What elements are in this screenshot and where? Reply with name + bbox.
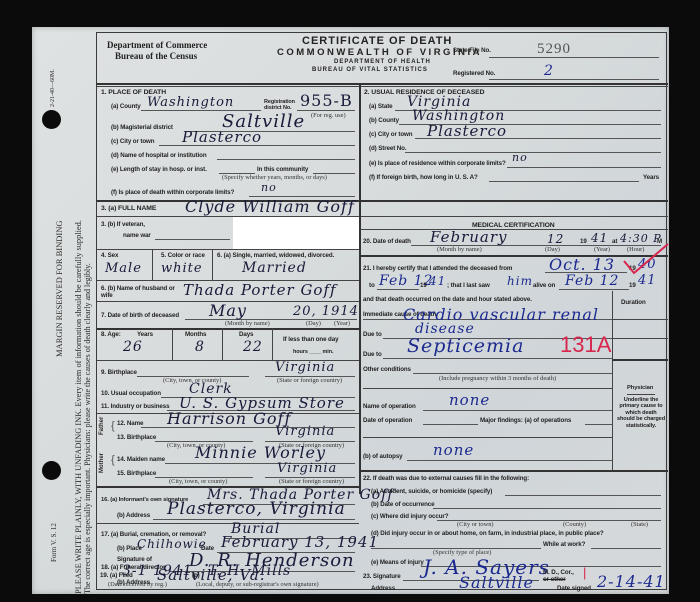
other-conditions-label: Other conditions (363, 366, 411, 373)
magisterial-label: (b) Magisterial district (111, 124, 173, 131)
date-of-death-label: 20. Date of death (363, 238, 411, 245)
accident-label: (a) Accident, suicide, or homicide (spec… (371, 488, 492, 495)
res-city-label: (c) City or town (369, 131, 412, 138)
sex-label: 4. Sex (101, 252, 118, 259)
mother-name-label: 14. Maiden name (117, 456, 165, 463)
sex: Male (105, 261, 142, 276)
occurrence-date-label: (b) Date of occurrence (371, 501, 434, 508)
death-occurred-text: and that death occurred on the date and … (363, 296, 532, 303)
burial-place: Chilhowie (137, 537, 207, 551)
stay-label: (e) Length of stay in hosp. or inst. (111, 166, 207, 173)
death-year: 41 (591, 231, 608, 245)
veteran-war-label: name war (123, 232, 151, 239)
physician-address-label: Address (371, 585, 395, 592)
operation-date-label: Date of operation (363, 417, 412, 424)
res-county-label: (b) County (369, 117, 399, 124)
autopsy-label: (b) of autopsy (363, 453, 403, 460)
stay-note: (Specify whether years, months, or days) (222, 174, 327, 181)
dept-health: DEPARTMENT OF HEALTH (334, 59, 431, 65)
age-days-label: Days (239, 331, 253, 338)
age-days: 22 (243, 339, 263, 355)
age-years-label: Years (137, 331, 153, 338)
filed-date: 3-1 1941 (122, 563, 193, 579)
mother-birthplace-label: 15. Birthplace (117, 470, 156, 477)
alive-on-year: 41 (638, 273, 657, 288)
race-label: 5. Color or race (161, 252, 205, 259)
father-name: Harrison Goff (167, 409, 291, 428)
age-years: 26 (123, 339, 143, 355)
certificate-form: Department of Commerce Bureau of the Cen… (96, 32, 667, 590)
alive-on-date: Feb 12 (565, 273, 619, 289)
registered-label: Registered No. (453, 70, 495, 77)
form-code: 2-21-40—60M. (50, 69, 56, 107)
veteran-label: 3. (b) If veteran, (101, 221, 145, 228)
marital-label: 6. (a) Single, married, widowed, divorce… (217, 252, 334, 259)
corporate-label: (f) Is place of death within corporate l… (111, 189, 234, 196)
filed-note: (Date received by reg.) (108, 581, 167, 588)
operation-label: Name of operation (363, 403, 416, 410)
death-city: Plasterco (182, 128, 262, 146)
external-causes-heading: 22. If death was due to external causes … (363, 475, 529, 482)
bureau-census: Bureau of the Census (115, 51, 197, 61)
dob-month: May (209, 301, 247, 320)
registrar-signature: T. H. Mills (208, 563, 291, 579)
death-county: Washington (147, 95, 234, 110)
md-label: M. D., Cor., (543, 569, 574, 576)
due-to-2: Septicemia (407, 335, 524, 357)
dob-day-year: 20, 1914 (293, 304, 359, 319)
operation-name: none (449, 391, 490, 409)
reg-district-label: Registration district No. (264, 99, 300, 111)
death-day: 12 (547, 232, 564, 246)
full-name-label: 3. (a) FULL NAME (101, 205, 156, 212)
physician-underline-note: Underline the primary cause to which dea… (616, 397, 666, 429)
death-certificate: 2-21-40—60M. MARGIN RESERVED FOR BINDING… (32, 27, 669, 594)
state-file-number: 5290 (537, 41, 571, 58)
res-street-label: (d) Street No. (369, 145, 406, 152)
mother-city-note: (City, town, or county) (169, 478, 227, 485)
father-name-label: 12. Name (117, 420, 143, 427)
dob-label: 7. Date of birth of deceased (101, 312, 179, 319)
age-months: 8 (195, 339, 205, 355)
or-other-label: or other (543, 576, 566, 583)
registrar-b-label: (b) (192, 572, 200, 579)
year-note: (Year) (594, 246, 610, 253)
dob-year-note: (Year) (334, 320, 350, 327)
birthplace-state-note: (State or foreign country) (277, 377, 342, 384)
registered-number: 2 (544, 63, 554, 79)
dept-commerce: Department of Commerce (107, 40, 207, 50)
spouse-name: Thada Porter Goff (183, 281, 337, 299)
father-birthplace: Virginia (275, 424, 335, 439)
county-label: (a) County (111, 103, 141, 110)
father-birthplace-label: 13. Birthplace (117, 434, 156, 441)
autopsy-findings: none (433, 441, 474, 459)
informant-address: Plasterco, Virginia (167, 499, 346, 519)
injury-place-label: (d) Did injury occur in or about home, o… (371, 530, 604, 537)
means-of-injury-label: (e) Means of injury (371, 559, 424, 566)
death-month: February (430, 228, 508, 246)
marital-status: Married (242, 260, 307, 276)
last-saw-pronoun: him (507, 274, 533, 288)
hospital-label: (d) Name of hospital or institution (111, 152, 207, 159)
redacted-area (233, 217, 359, 249)
dob-day-note: (Day) (306, 320, 321, 327)
injury-city-note: (City or town) (457, 521, 494, 528)
physician-address: Saltville (459, 573, 534, 592)
foreign-birth-label: (f) If foreign birth, how long in U. S. … (369, 174, 478, 181)
due-to-label-1: Due to (363, 331, 382, 338)
registrar-note: (Local, deputy, or sub-registrar's own s… (196, 581, 319, 588)
while-at-work-label: While at work? (543, 541, 585, 548)
date-signed-label: Date signed (557, 585, 591, 592)
years-label: Years (643, 174, 659, 181)
attended-from: Oct. 13 (549, 255, 615, 274)
age-months-label: Months (185, 331, 206, 338)
res-city: Plasterco (427, 122, 507, 140)
dob-month-note: (Month by name) (225, 320, 270, 327)
binding-margin: 2-21-40—60M. MARGIN RESERVED FOR BINDING… (32, 27, 96, 594)
reg-use-note: (For reg. use) (311, 112, 346, 119)
attended-to-year: 41 (429, 274, 446, 288)
mother-tag: Mother (99, 453, 105, 473)
res-state-label: (a) State (369, 103, 393, 110)
last-saw-label: ; that I last saw (447, 282, 490, 289)
month-note: (Month by name) (437, 246, 482, 253)
age-label: 8. Age: (101, 331, 121, 338)
pregnancy-note: (Include pregnancy within 3 months of de… (439, 375, 556, 382)
father-tag: Father (99, 417, 105, 435)
cause-code: 131A (560, 332, 611, 358)
mother-birthplace: Virginia (277, 461, 337, 476)
full-name: Clyde William Goff (185, 197, 355, 216)
red-checkmark-icon (622, 243, 670, 277)
punch-hole-top (42, 110, 61, 129)
injury-county-note: (County) (563, 521, 586, 528)
physician-note-title: Physician (627, 385, 653, 391)
mother-maiden-name: Minnie Worley (195, 443, 326, 462)
signature-label: 23. Signature (363, 573, 401, 580)
burial-date: February 13, 1941 (221, 533, 379, 551)
occupation-label: 10. Usual occupation (101, 390, 161, 397)
res-corporate-label: (e) Is place of residence within corpora… (369, 160, 506, 167)
injury-location-label: (c) Where did injury occur? (371, 513, 448, 520)
hours-min-label: hours ____ min. (293, 349, 333, 355)
funeral-sig-label: Signature of (117, 556, 152, 563)
punch-hole-bottom (42, 461, 61, 480)
city-label: (c) City or town (111, 138, 154, 145)
community-label: In this community (257, 166, 308, 173)
alive-on-label: alive on (533, 282, 555, 289)
res-corporate-limits: no (512, 151, 528, 164)
reg-district-number: 955-B (300, 91, 353, 110)
instruction-line-1: PLEASE WRITE PLAINLY, WITH UNFADING INK.… (74, 220, 83, 594)
birthplace: Virginia (275, 360, 335, 375)
certify-label: 21. I hereby certify that I attended the… (363, 265, 512, 272)
form-number: Form V. S. 12 (50, 523, 58, 562)
margin-reserved-text: MARGIN RESERVED FOR BINDING (54, 220, 64, 357)
mother-state-note: (State or foreign country) (279, 478, 344, 485)
findings-label: Major findings: (a) of operations (480, 417, 571, 424)
spouse-label: 6. (b) Name of husband or wife (101, 285, 176, 299)
day-note: (Day) (545, 246, 560, 253)
state-file-label: State File No. (453, 47, 491, 54)
date-signed: 2-14-41 (597, 572, 666, 591)
to-label: to (369, 282, 375, 289)
death-corporate-limits: no (261, 181, 277, 194)
red-mark: | (583, 565, 587, 580)
race: white (161, 261, 203, 276)
commonwealth-title: COMMONWEALTH OF VIRGINIA (277, 47, 482, 58)
instruction-line-2: The correct age is especially important.… (83, 263, 92, 594)
less-than-day-label: If less than one day (283, 336, 338, 343)
bureau-vital-stats: BUREAU OF VITAL STATISTICS (312, 67, 428, 73)
injury-state-note: (State) (631, 521, 648, 528)
informant-address-label: (b) Address (117, 512, 150, 519)
industry-label: 11. Industry or business (101, 403, 169, 410)
due-to-label-2: Due to (363, 351, 382, 358)
certificate-title: CERTIFICATE OF DEATH (302, 35, 452, 47)
birthplace-label: 9. Birthplace (101, 369, 137, 376)
filed-row: 19. (a) Filed 3-1 1941 (b) T. H. Mills (… (96, 572, 358, 592)
duration-label: Duration (621, 299, 646, 306)
